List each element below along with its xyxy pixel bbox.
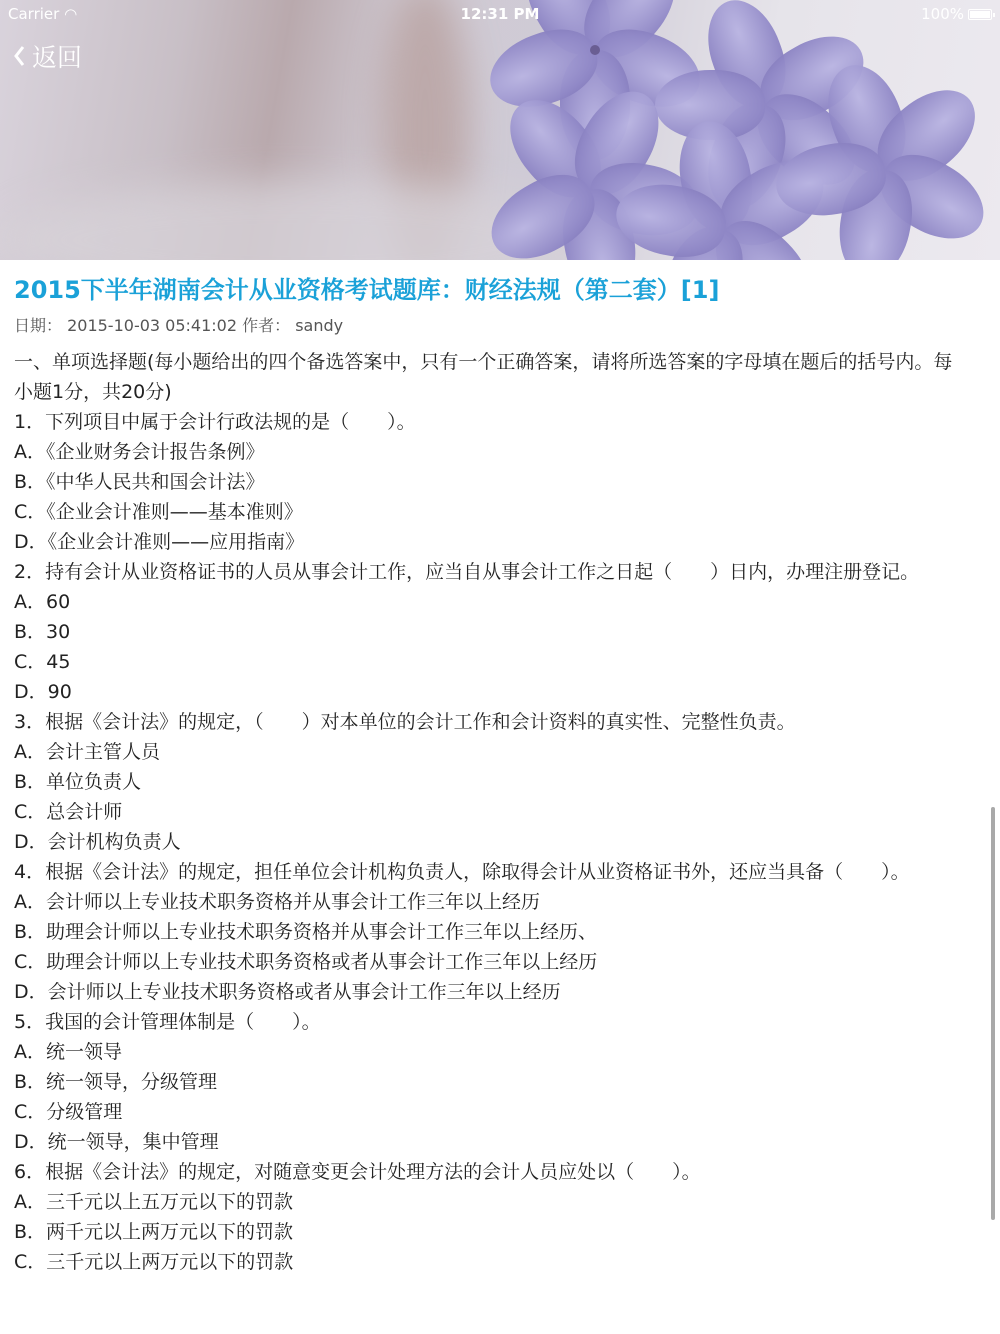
battery-icon [968,9,992,20]
status-bar: Carrier ◠ 12:31 PM 100% [0,0,1000,28]
content-line: C．《企业会计准则——基本准则》 [14,497,964,527]
content-line: B．单位负责人 [14,767,964,797]
content-line: D．《企业会计准则——应用指南》 [14,527,964,557]
content-line: A．会计师以上专业技术职务资格并从事会计工作三年以上经历 [14,887,964,917]
article-title: 2015下半年湖南会计从业资格考试题库：财经法规（第二套）[1] [14,273,984,307]
back-label: 返回 [32,38,82,74]
content-line: B．两千元以上两万元以下的罚款 [14,1217,964,1247]
content-line: B．助理会计师以上专业技术职务资格并从事会计工作三年以上经历、 [14,917,964,947]
content-line: A．统一领导 [14,1037,964,1067]
content-line: 3．根据《会计法》的规定，（ ）对本单位的会计工作和会计资料的真实性、完整性负责… [14,707,964,737]
content-line: 4．根据《会计法》的规定，担任单位会计机构负责人，除取得会计从业资格证书外，还应… [14,857,964,887]
article-meta: 日期： 2015-10-03 05:41:02 作者： sandy [14,313,343,336]
content-line: D．统一领导，集中管理 [14,1127,964,1157]
content-line: C．总会计师 [14,797,964,827]
content-line: A．会计主管人员 [14,737,964,767]
battery-percent: 100% [921,5,964,23]
content-line: D．90 [14,677,964,707]
content-line: C．分级管理 [14,1097,964,1127]
content-line: D．会计机构负责人 [14,827,964,857]
content-line: 1．下列项目中属于会计行政法规的是（ ）。 [14,407,964,437]
content-line: C．三千元以上两万元以下的罚款 [14,1247,964,1277]
clock: 12:31 PM [0,5,1000,23]
content-line: B．30 [14,617,964,647]
scrollbar[interactable] [991,807,995,1220]
content-line: 6．根据《会计法》的规定，对随意变更会计处理方法的会计人员应处以（ ）。 [14,1157,964,1187]
content-line: 一、单项选择题(每小题给出的四个备选答案中，只有一个正确答案，请将所选答案的字母… [14,347,964,407]
content-line: D．会计师以上专业技术职务资格或者从事会计工作三年以上经历 [14,977,964,1007]
content-line: A．《企业财务会计报告条例》 [14,437,964,467]
content-line: C．助理会计师以上专业技术职务资格或者从事会计工作三年以上经历 [14,947,964,977]
content-line: C．45 [14,647,964,677]
content-line: A．60 [14,587,964,617]
content-line: B．统一领导，分级管理 [14,1067,964,1097]
chevron-left-icon [12,44,26,68]
content-line: B．《中华人民共和国会计法》 [14,467,964,497]
battery-status: 100% [921,5,992,23]
content-line: 5．我国的会计管理体制是（ ）。 [14,1007,964,1037]
header-image [0,0,1000,260]
content-line: 2．持有会计从业资格证书的人员从事会计工作，应当自从事会计工作之日起（ ）日内，… [14,557,964,587]
article-body: 一、单项选择题(每小题给出的四个备选答案中，只有一个正确答案，请将所选答案的字母… [14,347,964,1277]
content-line: A．三千元以上五万元以下的罚款 [14,1187,964,1217]
back-button[interactable]: 返回 [12,38,82,74]
